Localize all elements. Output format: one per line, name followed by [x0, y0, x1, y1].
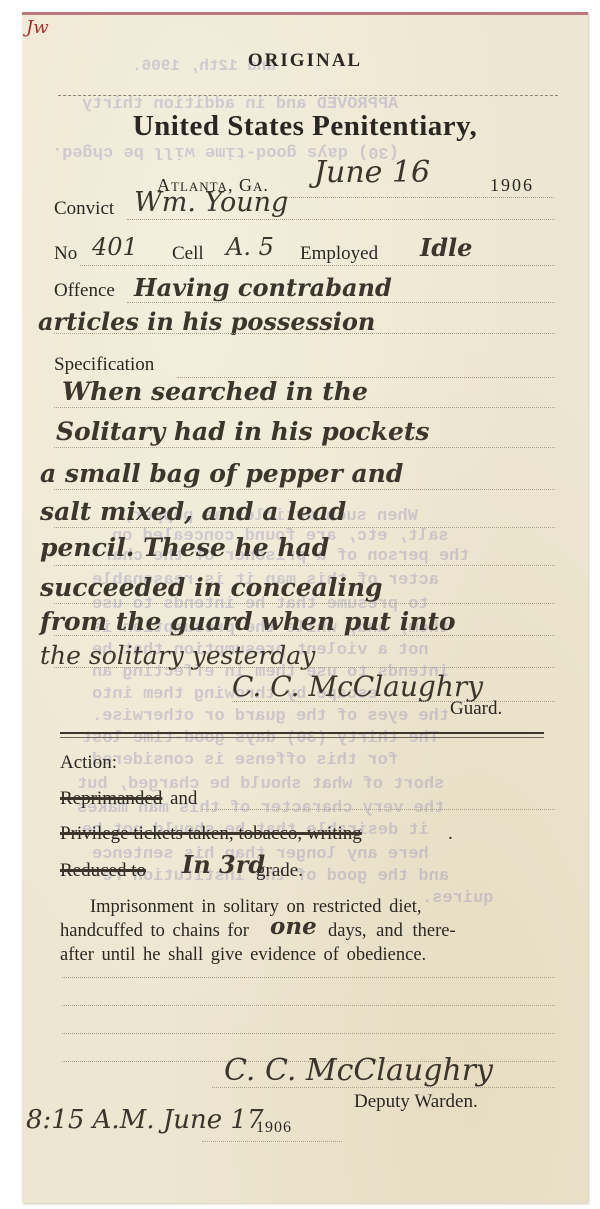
bleed-through-body: the eyes of the guard or otherwise.	[92, 707, 449, 726]
footer-date-line	[202, 1141, 342, 1142]
employed-value[interactable]: Idle	[420, 233, 472, 262]
warden-label: Deputy Warden.	[354, 1091, 478, 1113]
corner-checkmark: Jw	[26, 17, 49, 38]
specification-line[interactable]: from the guard when put into	[40, 607, 456, 636]
specification-line[interactable]: a small bag of pepper and	[40, 459, 403, 488]
specification-line[interactable]: the solitary yesterday	[40, 641, 315, 670]
specification-line[interactable]: Solitary had in his pockets	[56, 417, 430, 446]
ruled-line	[54, 603, 555, 604]
warden-signature[interactable]: C. C. McClaughry	[224, 1053, 493, 1088]
date-handwritten[interactable]: June 16	[314, 155, 430, 190]
document-page: and 12th, 1906. APPROVED and in addition…	[22, 12, 588, 1203]
imprisonment-days-value[interactable]: one	[270, 913, 317, 940]
action-privilege-tickets[interactable]: Privilege tickets taken, tobacco, writin…	[60, 823, 362, 845]
specification-label: Specification	[54, 354, 154, 376]
action-reprimanded[interactable]: Reprimanded	[60, 788, 162, 810]
bleed-through-body: quires.	[422, 889, 493, 908]
convict-line	[127, 219, 555, 220]
imprisonment-line3: after until he shall give evidence of ob…	[60, 945, 426, 966]
specification-line[interactable]: When searched in the	[62, 377, 368, 406]
section-divider	[60, 732, 544, 734]
action-reduced-to[interactable]: Reduced to	[60, 860, 146, 882]
imprisonment-line2-start: handcuffed to chains for	[60, 921, 249, 942]
ruled-line	[54, 489, 555, 490]
number-label: No	[54, 243, 77, 265]
header-divider	[58, 95, 558, 96]
guard-label: Guard.	[450, 698, 502, 720]
offence-line1	[127, 302, 555, 303]
offence-label: Offence	[54, 280, 115, 302]
section-divider-thin	[60, 737, 544, 738]
ruled-line	[54, 447, 555, 448]
cell-value[interactable]: A. 5	[226, 233, 274, 261]
action-label: Action:	[60, 752, 117, 774]
ruled-line	[54, 407, 555, 408]
offence-line2	[54, 333, 555, 334]
cell-label: Cell	[172, 243, 204, 265]
blank-line	[62, 1033, 555, 1034]
header-original-label: ORIGINAL	[22, 50, 588, 72]
number-value[interactable]: 401	[92, 233, 138, 261]
offence-value-line1[interactable]: Having contraband	[134, 273, 392, 302]
employed-label: Employed	[300, 243, 378, 265]
warden-signature-line	[212, 1087, 555, 1088]
year-printed: 1906	[490, 175, 534, 196]
guard-signature-line	[232, 701, 555, 702]
action-grade-value[interactable]: In 3rd	[182, 850, 265, 879]
institution-title: United States Penitentiary,	[22, 110, 588, 143]
specification-line[interactable]: salt mixed, and a lead	[40, 497, 346, 526]
footer-year: 1906	[256, 1119, 292, 1137]
specification-line[interactable]: pencil. These he had	[40, 533, 329, 562]
reprimanded-line	[202, 809, 555, 810]
ruled-line	[54, 667, 555, 668]
offence-value-line2[interactable]: articles in his possession	[38, 307, 375, 336]
blank-line	[62, 1005, 555, 1006]
ruled-line	[54, 527, 555, 528]
action-and: and	[170, 788, 197, 810]
number-line	[80, 265, 555, 266]
ruled-line	[54, 635, 555, 636]
ruled-line	[54, 565, 555, 566]
guard-signature[interactable]: C. C. McClaughry	[232, 670, 483, 703]
footer-time-date[interactable]: 8:15 A.M. June 17	[26, 1105, 264, 1135]
blank-line	[62, 977, 555, 978]
date-line	[284, 197, 554, 198]
action-privilege-end: .	[448, 823, 453, 845]
imprisonment-line1: Imprisonment in solitary on restricted d…	[90, 897, 422, 918]
convict-label: Convict	[54, 198, 114, 220]
action-grade-label: grade.	[256, 860, 303, 882]
specification-line[interactable]: succeeded in concealing	[40, 573, 383, 602]
imprisonment-line2-end: days, and there-	[328, 921, 456, 942]
bleed-through-body: for this offense is considered	[92, 751, 398, 770]
convict-name-value[interactable]: Wm. Young	[134, 187, 288, 218]
